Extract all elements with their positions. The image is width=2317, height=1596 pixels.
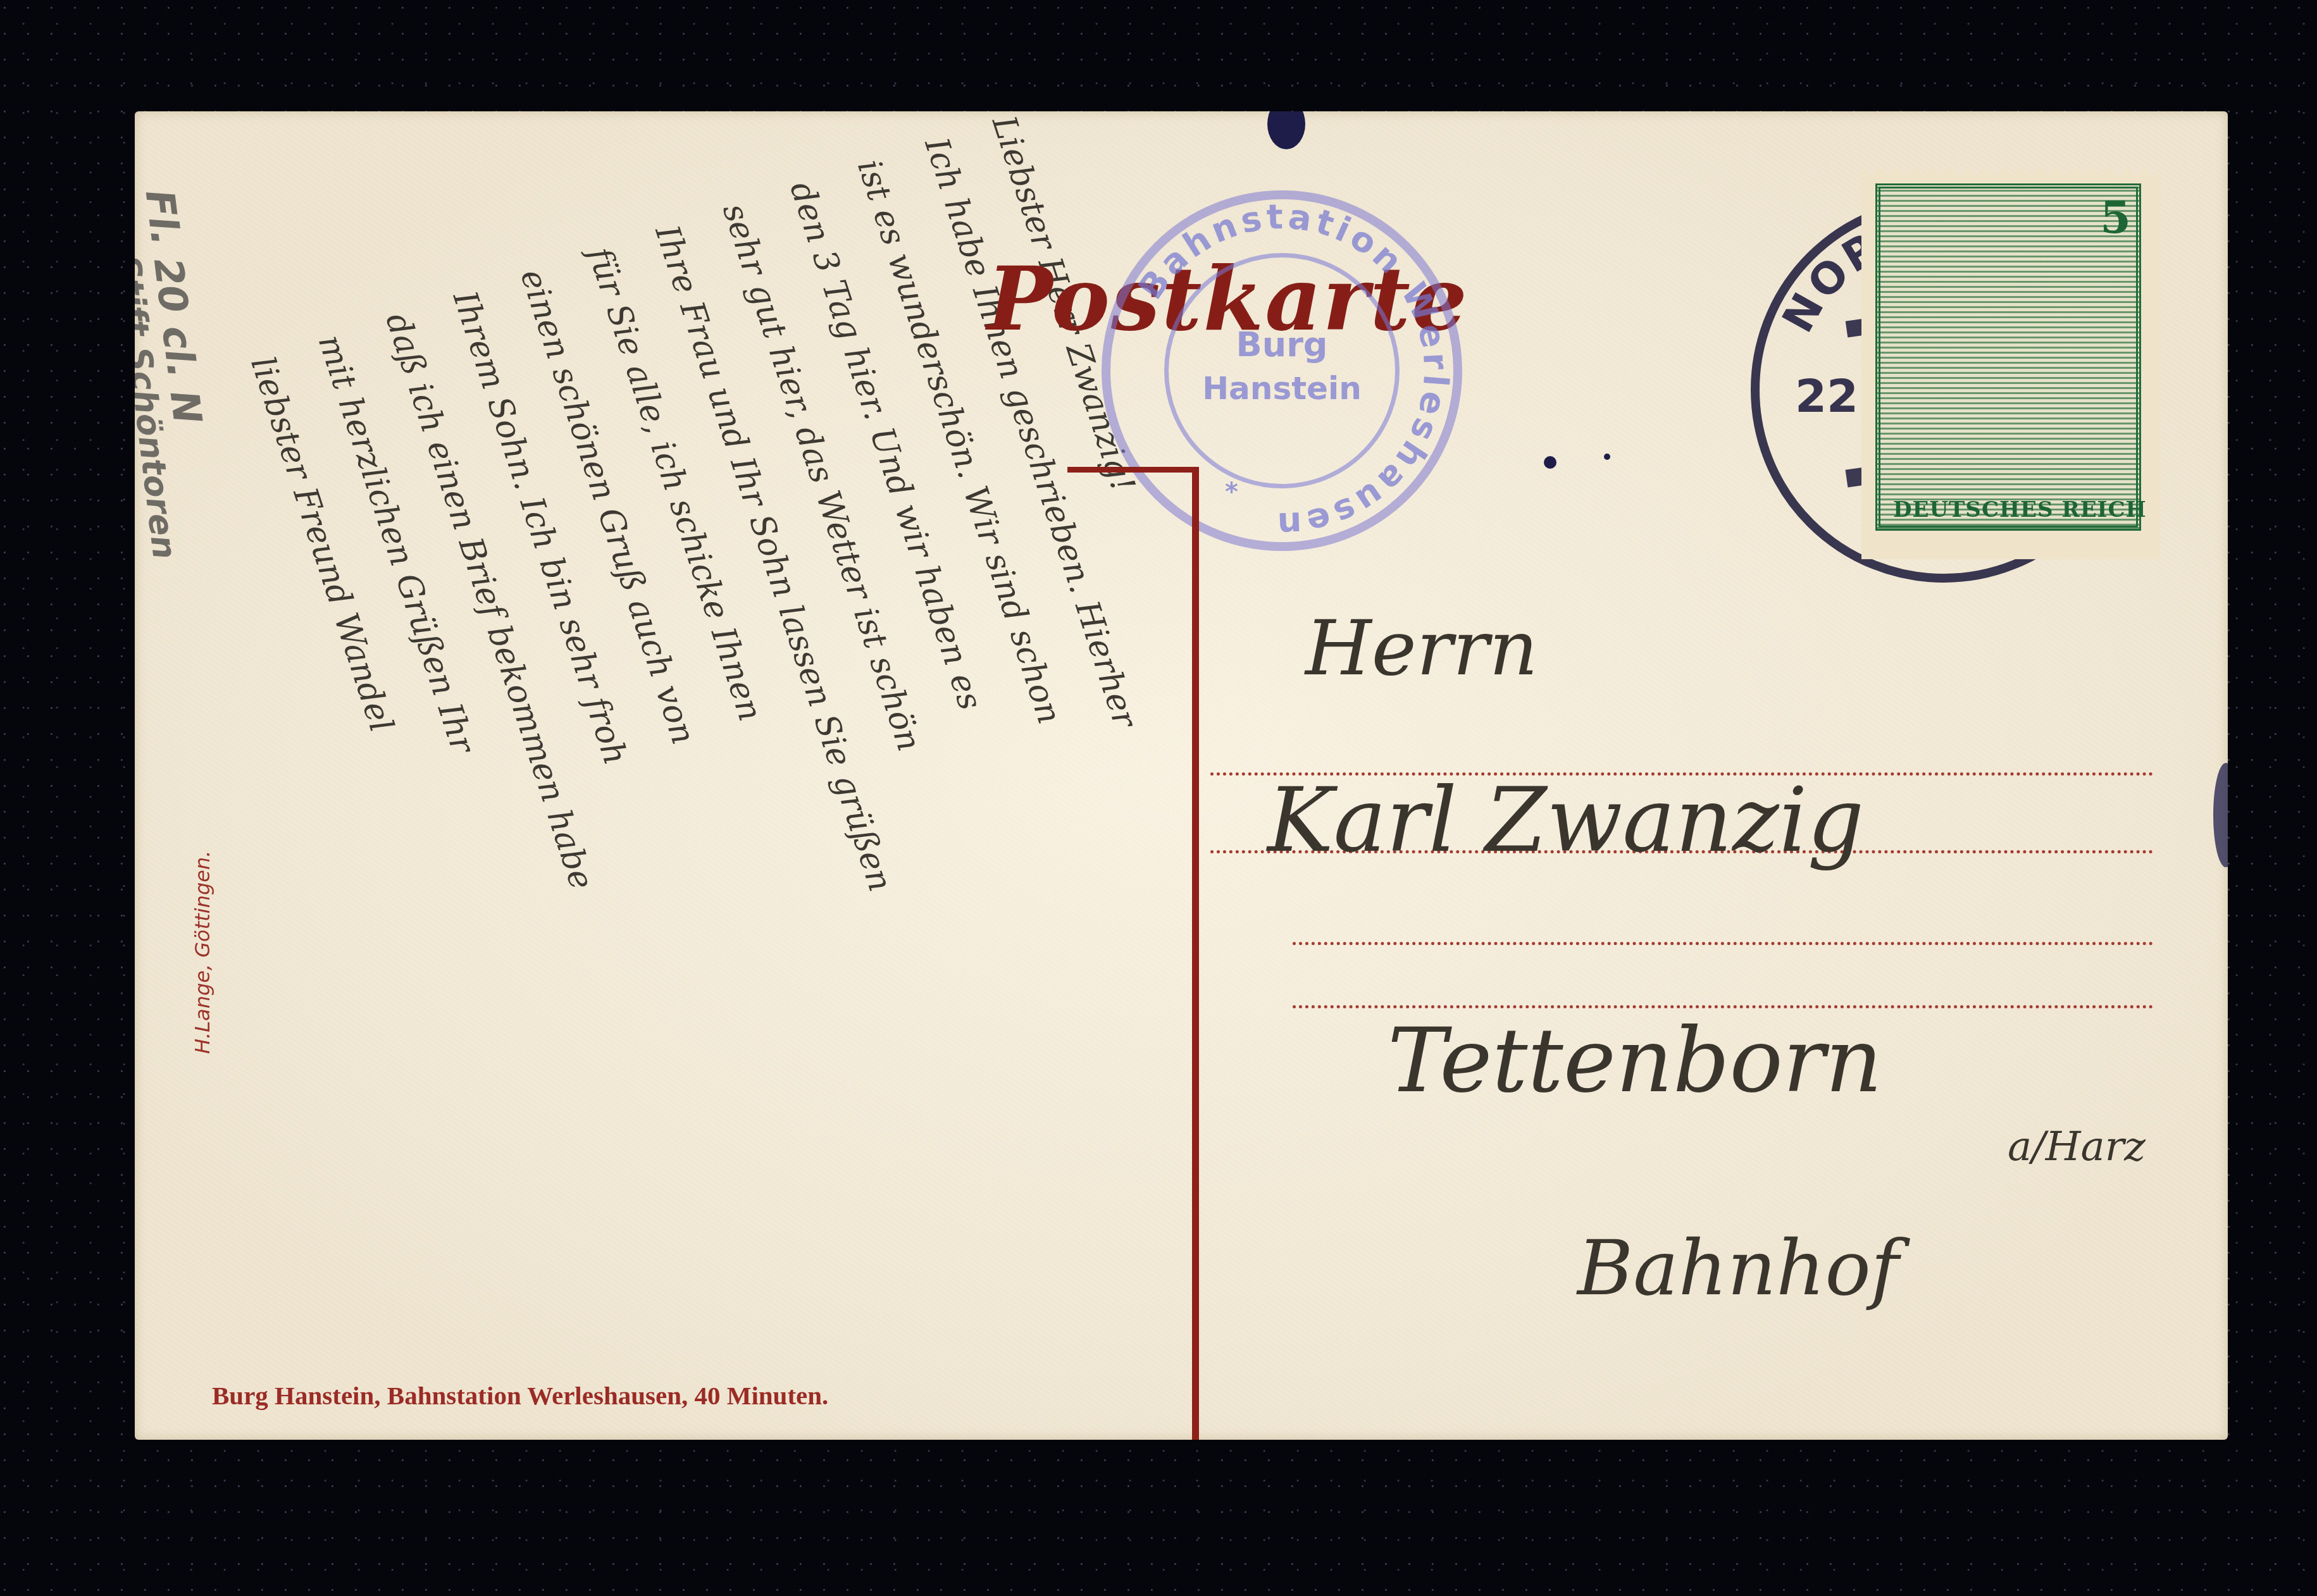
divider-vertical bbox=[1192, 467, 1199, 1440]
ink-blot-right bbox=[2213, 763, 2228, 867]
cachet-stamp: Bahnstation Werleshausen Burg Hanstein * bbox=[1102, 190, 1462, 551]
ink-dot-small bbox=[1604, 454, 1610, 460]
printed-caption: Burg Hanstein, Bahnstation Werleshausen,… bbox=[212, 1380, 828, 1411]
divider-top bbox=[1067, 467, 1199, 473]
address-name: Karl Zwanzig bbox=[1267, 769, 1864, 872]
address-salutation: Herrn bbox=[1305, 605, 1538, 693]
address-line-3 bbox=[1293, 942, 2153, 945]
address-town: Tettenborn bbox=[1388, 1010, 1882, 1113]
stamp-value: 5 bbox=[2100, 191, 2131, 244]
address-line-4 bbox=[1293, 1005, 2153, 1008]
address-location: Bahnhof bbox=[1577, 1225, 1899, 1313]
stamp-country: DEUTSCHES REICH bbox=[1893, 497, 2147, 523]
address-region: a/Harz bbox=[2008, 1123, 2146, 1170]
postage-stamp: 5 DEUTSCHES REICH bbox=[1861, 168, 2160, 559]
ink-dot bbox=[1544, 456, 1556, 469]
cachet-inner-text-2: Hanstein bbox=[1202, 370, 1362, 407]
publisher-imprint: H.Lange, Göttingen. bbox=[190, 851, 214, 1054]
cachet-ornament: * bbox=[1225, 478, 1238, 507]
cachet-inner-text-1: Burg bbox=[1236, 325, 1328, 364]
cachet-text-svg: Bahnstation Werleshausen Burg Hanstein * bbox=[1102, 190, 1462, 551]
postcard: Fl. 20 cl. N Stift Schöntoren H.Lange, G… bbox=[135, 111, 2228, 1440]
ink-blot-top bbox=[1267, 111, 1305, 149]
